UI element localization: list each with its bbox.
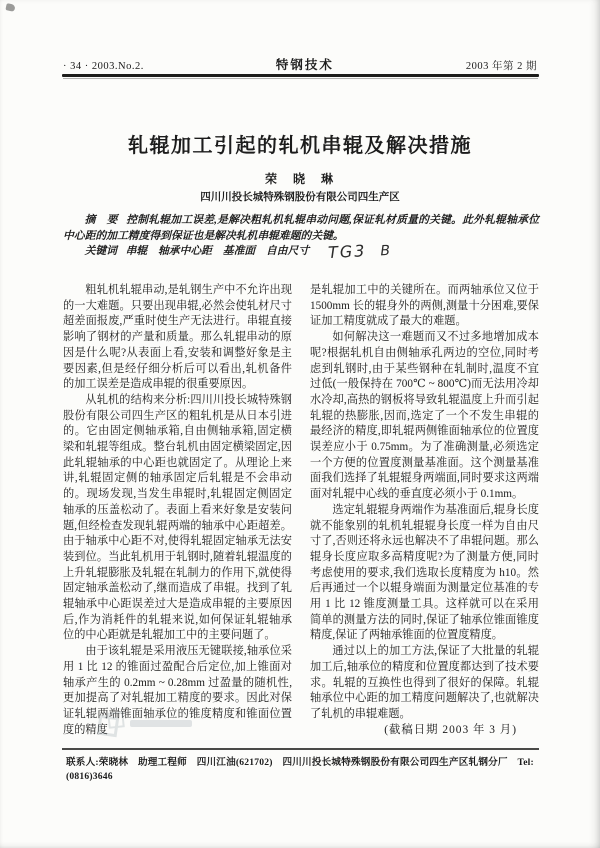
keywords-label: 关键词 xyxy=(85,245,117,257)
paragraph: 通过以上的加工方法,保证了大批量的轧辊加工后,轴承位的精度和位置度都达到了技术要… xyxy=(310,644,539,723)
footer-rule xyxy=(62,748,539,750)
journal-name: 特钢技术 xyxy=(276,55,334,73)
paragraph: 粗轧机轧辊串动,是轧钢生产中不允许出现的一大难题。只要出现串辊,必然会使轧材尺寸… xyxy=(63,283,292,393)
author-affiliation: 四川川投长城特殊钢股份有限公司四生产区 xyxy=(63,189,537,204)
page-number: · 34 · 2003.No.2. xyxy=(63,61,144,72)
author-name: 荣 晓 琳 xyxy=(63,170,537,187)
issue-label: 2003 年第 2 期 xyxy=(466,58,537,73)
left-column: 粗轧机轧辊串动,是轧钢生产中不允许出现的一大难题。只要出现串辊,必然会使轧材尺寸… xyxy=(63,283,292,738)
keywords-text: 串辊 轴承中心距 基准面 自由尺寸 xyxy=(126,245,310,257)
abstract-paragraph: 摘 要控制轧辊加工误差,是解决粗轧机轧辊串动问题,保证轧材质量的关键。此外轧辊轴… xyxy=(63,213,539,244)
document-page: · 34 · 2003.No.2. 特钢技术 2003 年第 2 期 轧辊加工引… xyxy=(0,0,600,848)
header-rule xyxy=(62,74,539,77)
submission-date-note: (截稿日期 2003 年 3 月) xyxy=(310,723,539,739)
abstract-label: 摘 要 xyxy=(85,214,118,226)
abstract-block: 摘 要控制轧辊加工误差,是解决粗轧机轧辊串动问题,保证轧材质量的关键。此外轧辊轴… xyxy=(63,213,539,260)
paragraph: 由于该轧辊是采用液压无键联接,轴承位采用 1 比 12 的锥面过盈配合后定位,加… xyxy=(63,644,292,738)
paragraph: 从轧机的结构来分析:四川川投长城特殊钢股份有限公司四生产区的粗轧机是从日本引进的… xyxy=(63,393,292,644)
annotation-code: TG3 xyxy=(328,241,367,262)
keywords-line: 关键词串辊 轴承中心距 基准面 自由尺寸 xyxy=(63,244,539,260)
article-body: 粗轧机轧辊串动,是轧钢生产中不允许出现的一大难题。只要出现串辊,必然会使轧材尺寸… xyxy=(63,283,539,738)
right-column: 是轧辊加工中的关键所在。而两轴承位又位于 1500mm 长的辊身外的两侧,测量十… xyxy=(310,283,539,738)
scan-smudge xyxy=(5,3,15,12)
contact-footer: 联系人:荣晓林 助理工程师 四川江油(621702) 四川川投长城特殊钢股份有限… xyxy=(66,756,536,784)
paragraph: 如何解决这一难题而又不过多地增加成本呢?根据轧机自由侧轴承孔两边的空位,同时考虑… xyxy=(310,330,539,503)
annotation-mark: B xyxy=(380,243,392,260)
paragraph-continuation: 是轧辊加工中的关键所在。而两轴承位又位于 1500mm 长的辊身外的两侧,测量十… xyxy=(310,283,539,330)
article-title: 轧辊加工引起的轧机串辊及解决措施 xyxy=(63,129,537,158)
abstract-text: 控制轧辊加工误差,是解决粗轧机轧辊串动问题,保证轧材质量的关键。此外轧辊轴承位中… xyxy=(63,214,539,242)
paragraph: 选定轧辊辊身两端作为基准面后,辊身长度就不能象别的轧机轧辊辊身长度一样为自由尺寸… xyxy=(310,503,539,644)
running-head: · 34 · 2003.No.2. 特钢技术 2003 年第 2 期 xyxy=(63,55,537,73)
